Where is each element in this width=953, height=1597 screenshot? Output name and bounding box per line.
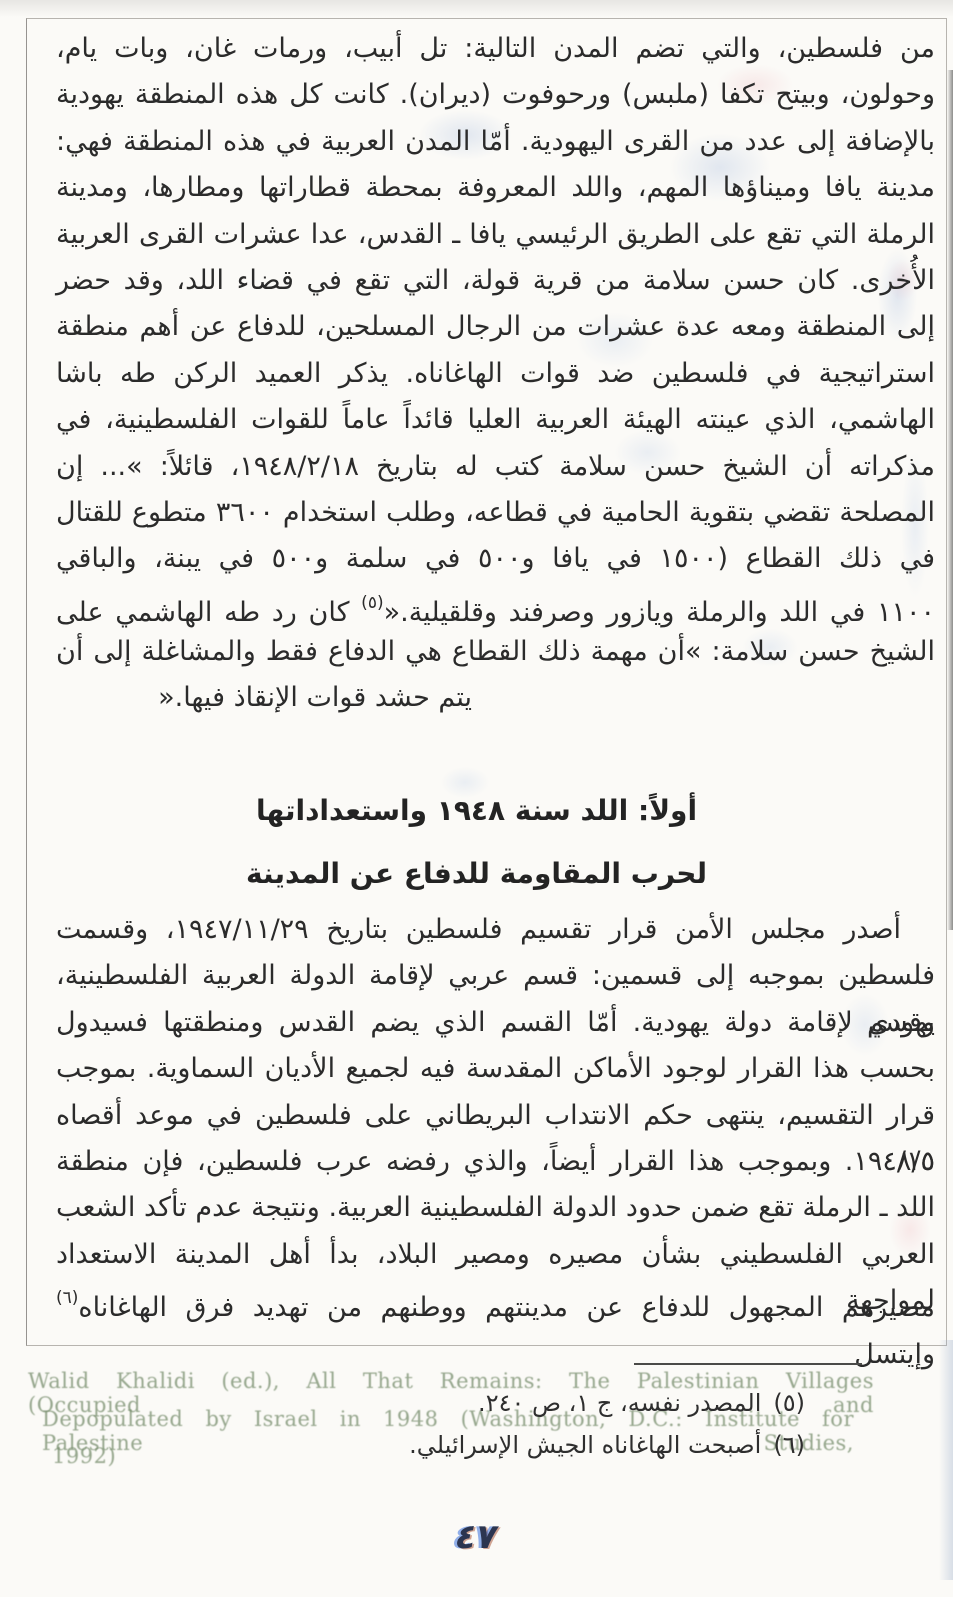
text-line: يهودي لإقامة دولة يهودية. أمّا القسم الذ…: [56, 1000, 935, 1046]
section-heading-line-1: أولاً: اللد سنة ١٩٤٨ واستعداداتها: [0, 779, 953, 842]
quote-end-text: ١١٠٠ في اللد والرملة ويازور وصرفند وقلقي…: [384, 597, 935, 628]
text-line: مذكراته أن الشيخ حسن سلامة كتب له بتاريخ…: [56, 444, 935, 490]
footnote-divider: [634, 1363, 862, 1365]
text-line: من فلسطين، والتي تضم المدن التالية: تل أ…: [56, 26, 935, 72]
text-line: الرملة التي تقع على الطريق الرئيسي يافا …: [56, 212, 935, 258]
text-line: قرار التقسيم، ينتهى حكم الانتداب البريطا…: [56, 1093, 935, 1139]
footnote-ref-5: (٥): [361, 593, 383, 613]
scanned-page: من فلسطين، والتي تضم المدن التالية: تل أ…: [0, 0, 953, 1597]
text-line: وحولون، وبيتح تكفا (ملبس) ورحوفوت (ديران…: [56, 72, 935, 118]
bleedthrough-text-line: 1992): [52, 1444, 116, 1468]
text-line: إلى المنطقة ومعه عدة عشرات من الرجال الم…: [56, 304, 935, 350]
footnote-marker: (٦): [773, 1431, 805, 1459]
text-continued: كان رد طه الهاشمي على: [56, 597, 361, 628]
text-line: ١١٠٠ في اللد والرملة ويازور وصرفند وقلقي…: [56, 583, 935, 629]
footnote-text: المصدر نفسه، ج ١، ص ٢٤٠.: [478, 1389, 761, 1417]
text-line: الأُخرى. كان حسن سلامة من قرية قولة، الت…: [56, 258, 935, 304]
page-number: ٤٧: [0, 1517, 953, 1557]
text-line: استراتيجية في فلسطين ضد قوات الهاغاناه. …: [56, 351, 935, 397]
text-line: العربي الفلسطيني بشأن مصيره ومصير البلاد…: [56, 1232, 935, 1278]
footnote-marker: (٥): [773, 1389, 805, 1417]
text-line: بحسب هذا القرار لوجود الأماكن المقدسة في…: [56, 1046, 935, 1092]
footnotes: (٥)المصدر نفسه، ج ١، ص ٢٤٠. (٦)أصبحت اله…: [409, 1382, 805, 1466]
text-line: الهاشمي، الذي عينته الهيئة العربية العلي…: [56, 397, 935, 443]
section-heading-line-2: لحرب المقاومة للدفاع عن المدينة: [0, 842, 953, 905]
paragraph-2: أصدر مجلس الأمن قرار تقسيم فلسطين بتاريخ…: [56, 907, 935, 1325]
text-line: مصيرهم المجهول للدفاع عن مدينتهم ووطنهم …: [56, 1278, 935, 1324]
text-continued: وإيتسل: [854, 1339, 935, 1370]
text-line: المصلحة تقضي بتقوية الحامية في قطاعه، وط…: [56, 490, 935, 536]
footnote-item: (٥)المصدر نفسه، ج ١، ص ٢٤٠.: [409, 1382, 805, 1424]
footnote-ref-6: (٦): [56, 1288, 78, 1308]
text-segment: مصيرهم المجهول للدفاع عن مدينتهم ووطنهم …: [78, 1292, 935, 1323]
text-line: أصدر مجلس الأمن قرار تقسيم فلسطين بتاريخ…: [56, 907, 935, 953]
text-line: اللد ـ الرملة تقع ضمن حدود الدولة الفلسط…: [56, 1185, 935, 1231]
footnote-text: أصبحت الهاغاناه الجيش الإسرائيلي.: [409, 1431, 761, 1459]
text-line: في ذلك القطاع (١٥٠٠ في يافا و٥٠٠ في سلمة…: [56, 536, 935, 582]
text-line: الشيخ حسن سلامة: ⁦«⁩أن مهمة ذلك القطاع ه…: [56, 629, 935, 675]
text-line: فلسطين بموجبه إلى قسمين: قسم عربي لإقامة…: [56, 953, 935, 999]
text-line: ١٩٤٨/٥. وبموجب هذا القرار أيضاً، والذي ر…: [56, 1139, 935, 1185]
scan-edge-top: [0, 0, 953, 17]
footnote-item: (٦)أصبحت الهاغاناه الجيش الإسرائيلي.: [409, 1424, 805, 1466]
paragraph-1: من فلسطين، والتي تضم المدن التالية: تل أ…: [56, 26, 935, 722]
section-heading: أولاً: اللد سنة ١٩٤٨ واستعداداتها لحرب ا…: [0, 779, 953, 905]
text-line: يتم حشد قوات الإنقاذ فيها.⁦»⁩: [56, 675, 935, 721]
text-line: بالإضافة إلى عدد من القرى اليهودية. أمّا…: [56, 119, 935, 165]
text-line: مدينة يافا وميناؤها المهم، واللد المعروف…: [56, 165, 935, 211]
